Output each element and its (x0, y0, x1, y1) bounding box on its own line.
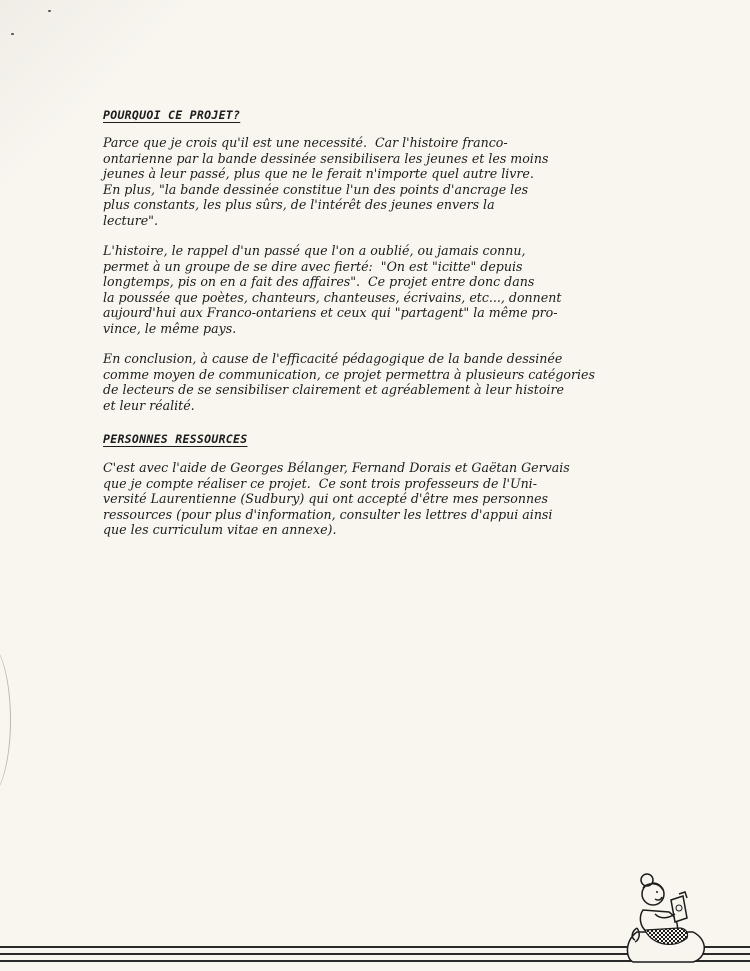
paragraph: C'est avec l'aide de Georges Bélanger, F… (103, 460, 693, 538)
text-line: vince, le même pays. (103, 321, 693, 337)
paragraph: L'histoire, le rappel d'un passé que l'o… (103, 243, 693, 336)
text-line: longtemps, pis on en a fait des affaires… (103, 274, 693, 290)
page-edge-curve (0, 640, 11, 800)
paper-speck (11, 33, 14, 35)
section-heading-pourquoi: POURQUOI CE PROJET? (103, 107, 240, 123)
paragraph: Parce que je crois qu'il est une necessi… (103, 135, 693, 228)
text-line: ressources (pour plus d'information, con… (103, 507, 693, 523)
text-line: lecture". (103, 213, 693, 229)
text-line: que je compte réaliser ce projet. Ce son… (103, 476, 693, 492)
document-page: POURQUOI CE PROJET? Parce que je crois q… (0, 0, 750, 971)
document-body: POURQUOI CE PROJET? Parce que je crois q… (103, 104, 693, 538)
text-line: jeunes à leur passé, plus que ne le fera… (103, 166, 693, 182)
text-line: L'histoire, le rappel d'un passé que l'o… (103, 243, 693, 259)
text-line: plus constants, les plus sûrs, de l'inté… (103, 197, 693, 213)
paragraph: En conclusion, à cause de l'efficacité p… (103, 351, 693, 413)
woman-reading-book-icon (615, 870, 725, 965)
text-line: En conclusion, à cause de l'efficacité p… (103, 351, 693, 367)
text-line: permet à un groupe de se dire avec fiert… (103, 259, 693, 275)
paper-speck (48, 10, 51, 12)
section-heading-personnes-ressources: PERSONNES RESSOURCES (103, 431, 247, 447)
text-line: ontarienne par la bande dessinée sensibi… (103, 151, 693, 167)
text-line: la poussée que poètes, chanteurs, chante… (103, 290, 693, 306)
text-line: aujourd'hui aux Franco-ontariens et ceux… (103, 305, 693, 321)
text-line: comme moyen de communication, ce projet … (103, 367, 693, 383)
text-line: C'est avec l'aide de Georges Bélanger, F… (103, 460, 693, 476)
text-line: Parce que je crois qu'il est une necessi… (103, 135, 693, 151)
text-line: versité Laurentienne (Sudbury) qui ont a… (103, 491, 693, 507)
text-line: que les curriculum vitae en annexe). (103, 522, 693, 538)
text-line: En plus, "la bande dessinée constitue l'… (103, 182, 693, 198)
text-line: et leur réalité. (103, 398, 693, 414)
text-line: de lecteurs de se sensibiliser clairemen… (103, 382, 693, 398)
